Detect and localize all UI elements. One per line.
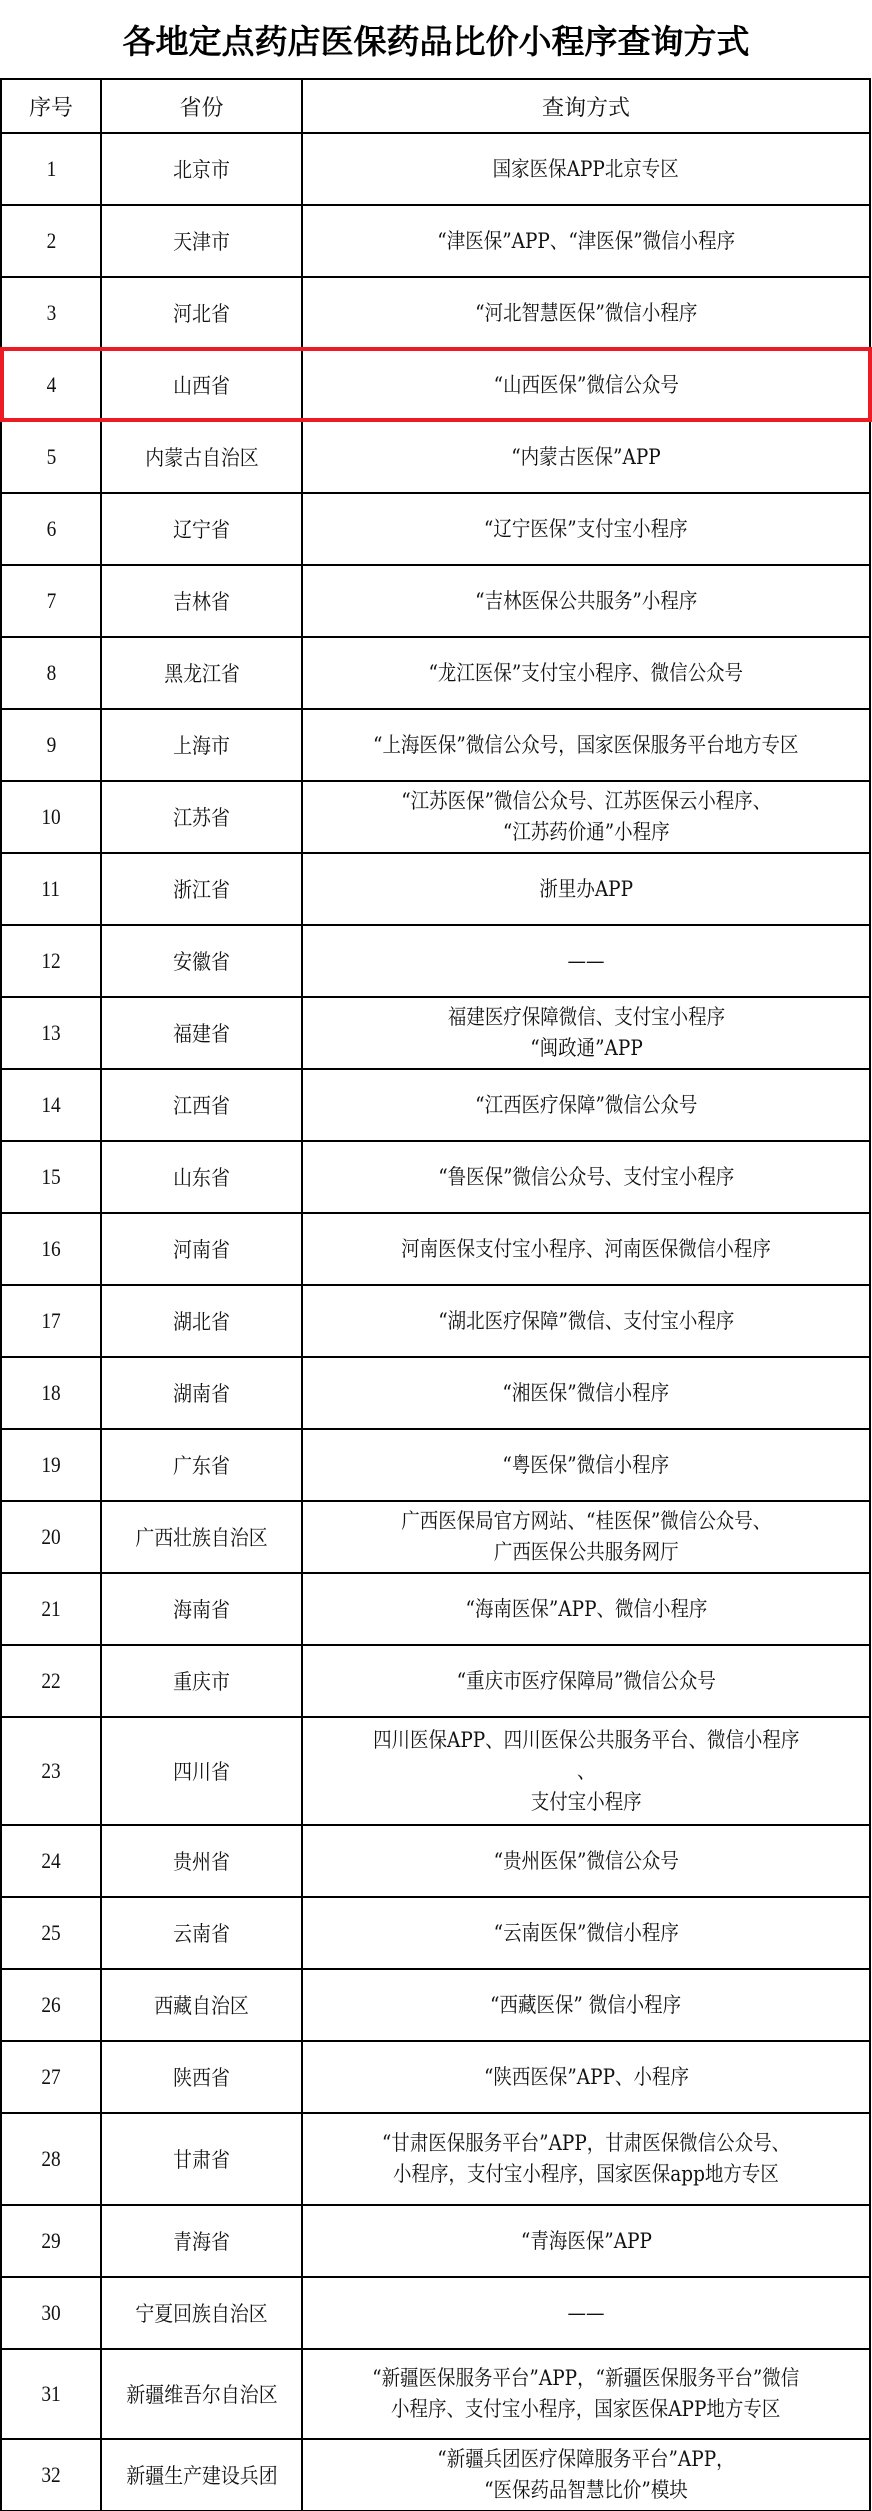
row-index-cell: 22 [2,1646,102,1716]
row-province-cell: 福建省 [102,998,303,1068]
table-row: 25 云南省 “云南医保”微信小程序 [2,1898,871,1970]
row-method: 广西医保局官方网站、“桂医保”微信公众号、 广西医保公共服务网厅 [401,1506,771,1568]
row-method-cell: “鲁医保”微信公众号、支付宝小程序 [303,1142,871,1212]
row-province-cell: 浙江省 [102,854,303,924]
row-province: 福建省 [173,1018,230,1048]
row-index: 23 [41,1758,60,1784]
row-province: 浙江省 [173,874,230,904]
row-method-cell: “新疆兵团医疗保障服务平台”APP， “医保药品智慧比价”模块 [303,2440,871,2510]
row-province: 宁夏回族自治区 [135,2298,267,2328]
row-index-cell: 1 [2,134,102,204]
row-index: 18 [41,1380,60,1406]
row-province-cell: 山东省 [102,1142,303,1212]
row-method: 四川医保APP、四川医保公共服务平台、微信小程序 、 支付宝小程序 [373,1725,799,1818]
row-index-cell: 20 [2,1502,102,1572]
row-province: 山东省 [173,1162,230,1192]
row-index-cell: 18 [2,1358,102,1428]
row-province: 内蒙古自治区 [145,442,258,472]
row-province-cell: 北京市 [102,134,303,204]
table-row: 1 北京市 国家医保APP北京专区 [2,134,871,206]
row-index: 7 [46,588,56,614]
row-province: 新疆生产建设兵团 [126,2460,277,2490]
row-index: 31 [41,2381,60,2407]
table-row: 10 江苏省 “江苏医保”微信公众号、江苏医保云小程序、 “江苏药价通”小程序 [2,782,871,854]
row-index-cell: 11 [2,854,102,924]
table-row: 15 山东省 “鲁医保”微信公众号、支付宝小程序 [2,1142,871,1214]
row-method: —— [568,2298,605,2329]
row-index-cell: 3 [2,278,102,348]
row-index: 11 [42,876,61,902]
row-province: 北京市 [173,154,230,184]
row-index-cell: 7 [2,566,102,636]
row-index-cell: 25 [2,1898,102,1968]
row-index: 28 [41,2146,60,2172]
row-method-cell: “辽宁医保”支付宝小程序 [303,494,871,564]
table-row: 6 辽宁省 “辽宁医保”支付宝小程序 [2,494,871,566]
row-method: “西藏医保” 微信小程序 [490,1990,681,2021]
row-index-cell: 29 [2,2206,102,2276]
row-province-cell: 黑龙江省 [102,638,303,708]
row-province: 辽宁省 [173,514,230,544]
row-index: 27 [41,2064,60,2090]
row-method: “陕西医保”APP、小程序 [484,2062,689,2093]
table-row: 20 广西壮族自治区 广西医保局官方网站、“桂医保”微信公众号、 广西医保公共服… [2,1502,871,1574]
row-province: 黑龙江省 [164,658,240,688]
row-province-cell: 云南省 [102,1898,303,1968]
table-header-row: 序号 省份 查询方式 [2,80,871,134]
table-row: 17 湖北省 “湖北医疗保障”微信、支付宝小程序 [2,1286,871,1358]
row-index-cell: 8 [2,638,102,708]
row-method-cell: “粤医保”微信小程序 [303,1430,871,1500]
row-method-cell: —— [303,2278,871,2348]
row-method: “甘肃医保服务平台”APP，甘肃医保微信公众号、 小程序，支付宝小程序，国家医保… [382,2128,790,2190]
row-method-cell: 四川医保APP、四川医保公共服务平台、微信小程序 、 支付宝小程序 [303,1718,871,1824]
row-province: 贵州省 [173,1846,230,1876]
row-index-cell: 5 [2,422,102,492]
row-index: 19 [41,1452,60,1478]
row-method: 国家医保APP北京专区 [493,154,679,185]
row-method-cell: “陕西医保”APP、小程序 [303,2042,871,2112]
row-method: 福建医疗保障微信、支付宝小程序 “闽政通”APP [447,1002,724,1064]
row-method: “内蒙古医保”APP [511,442,661,473]
row-province-cell: 天津市 [102,206,303,276]
row-province-cell: 广西壮族自治区 [102,1502,303,1572]
row-index-cell: 19 [2,1430,102,1500]
row-province: 西藏自治区 [154,1990,249,2020]
row-method: 浙里办APP [539,874,633,905]
row-province: 河南省 [173,1234,230,1264]
row-method: “山西医保”微信公众号 [493,370,678,401]
row-index: 13 [41,1020,60,1046]
row-method: “江西医疗保障”微信公众号 [475,1090,697,1121]
row-method-cell: “西藏医保” 微信小程序 [303,1970,871,2040]
table-row: 16 河南省 河南医保支付宝小程序、河南医保微信小程序 [2,1214,871,1286]
row-method-cell: “山西医保”微信公众号 [303,350,871,420]
row-index-cell: 27 [2,2042,102,2112]
row-province-cell: 新疆维吾尔自治区 [102,2350,303,2438]
row-index-cell: 6 [2,494,102,564]
row-province-cell: 西藏自治区 [102,1970,303,2040]
row-index: 20 [41,1524,60,1550]
row-method: “上海医保”微信公众号，国家医保服务平台地方专区 [373,730,798,761]
pharmacy-query-table: 序号 省份 查询方式 1 北京市 国家医保APP北京专区 2 天津市 “津医保”… [0,78,871,2511]
row-index: 17 [41,1308,60,1334]
row-method: “粤医保”微信小程序 [503,1450,670,1481]
row-province-cell: 青海省 [102,2206,303,2276]
row-method: “云南医保”微信小程序 [493,1918,678,1949]
row-province-cell: 河北省 [102,278,303,348]
row-method: “海南医保”APP、微信小程序 [465,1594,707,1625]
row-method-cell: —— [303,926,871,996]
row-method: “湖北医疗保障”微信、支付宝小程序 [438,1306,734,1337]
row-province: 湖北省 [173,1306,230,1336]
table-row: 30 宁夏回族自治区 —— [2,2278,871,2350]
row-province: 重庆市 [173,1666,230,1696]
row-index: 2 [46,228,56,254]
table-row: 29 青海省 “青海医保”APP [2,2206,871,2278]
table-row: 28 甘肃省 “甘肃医保服务平台”APP，甘肃医保微信公众号、 小程序，支付宝小… [2,2114,871,2206]
header-province: 省份 [102,80,303,132]
row-method-cell: “津医保”APP、“津医保”微信小程序 [303,206,871,276]
row-method-cell: 河南医保支付宝小程序、河南医保微信小程序 [303,1214,871,1284]
row-index-cell: 31 [2,2350,102,2438]
row-province: 云南省 [173,1918,230,1948]
row-index-cell: 10 [2,782,102,852]
table-row: 22 重庆市 “重庆市医疗保障局”微信公众号 [2,1646,871,1718]
row-province-cell: 湖南省 [102,1358,303,1428]
row-index: 9 [46,732,56,758]
row-method-cell: “上海医保”微信公众号，国家医保服务平台地方专区 [303,710,871,780]
row-province-cell: 四川省 [102,1718,303,1824]
header-method: 查询方式 [303,80,871,132]
row-index: 1 [46,156,56,182]
row-province-cell: 重庆市 [102,1646,303,1716]
row-method-cell: “湘医保”微信小程序 [303,1358,871,1428]
header-index: 序号 [2,80,102,132]
row-province-cell: 湖北省 [102,1286,303,1356]
table-row: 12 安徽省 —— [2,926,871,998]
table-row: 4 山西省 “山西医保”微信公众号 [2,350,871,422]
row-province: 湖南省 [173,1378,230,1408]
row-method: “河北智慧医保”微信小程序 [475,298,697,329]
row-province-cell: 山西省 [102,350,303,420]
row-index: 26 [41,1992,60,2018]
row-index: 6 [46,516,56,542]
row-index: 32 [41,2462,60,2488]
row-province-cell: 上海市 [102,710,303,780]
row-province-cell: 江西省 [102,1070,303,1140]
row-index-cell: 16 [2,1214,102,1284]
row-method: “江苏医保”微信公众号、江苏医保云小程序、 “江苏药价通”小程序 [401,786,771,848]
row-index-cell: 12 [2,926,102,996]
row-index: 8 [46,660,56,686]
row-index-cell: 32 [2,2440,102,2510]
row-index: 3 [46,300,56,326]
row-index-cell: 24 [2,1826,102,1896]
row-index: 5 [46,444,56,470]
table-row: 27 陕西省 “陕西医保”APP、小程序 [2,2042,871,2114]
row-index: 25 [41,1920,60,1946]
row-province: 江西省 [173,1090,230,1120]
row-method: “新疆兵团医疗保障服务平台”APP， “医保药品智慧比价”模块 [437,2444,734,2506]
row-method-cell: “贵州医保”微信公众号 [303,1826,871,1896]
row-method-cell: 福建医疗保障微信、支付宝小程序 “闽政通”APP [303,998,871,1068]
row-index-cell: 14 [2,1070,102,1140]
row-province-cell: 广东省 [102,1430,303,1500]
row-province: 新疆维吾尔自治区 [126,2379,277,2409]
table-row: 19 广东省 “粤医保”微信小程序 [2,1430,871,1502]
row-index: 30 [41,2300,60,2326]
row-province: 山西省 [173,370,230,400]
row-method: “辽宁医保”支付宝小程序 [484,514,688,545]
row-method: “湘医保”微信小程序 [503,1378,670,1409]
row-index: 29 [41,2228,60,2254]
row-province: 陕西省 [173,2062,230,2092]
row-province-cell: 新疆生产建设兵团 [102,2440,303,2510]
table-row: 3 河北省 “河北智慧医保”微信小程序 [2,278,871,350]
row-province: 安徽省 [173,946,230,976]
row-index-cell: 17 [2,1286,102,1356]
row-province: 广东省 [173,1450,230,1480]
row-method-cell: “龙江医保”支付宝小程序、微信公众号 [303,638,871,708]
row-method: “新疆医保服务平台”APP，“新疆医保服务平台”微信 小程序、支付宝小程序，国家… [372,2363,799,2425]
table-row: 9 上海市 “上海医保”微信公众号，国家医保服务平台地方专区 [2,710,871,782]
row-province: 甘肃省 [173,2144,230,2174]
row-index: 22 [41,1668,60,1694]
row-province-cell: 海南省 [102,1574,303,1644]
row-method-cell: “重庆市医疗保障局”微信公众号 [303,1646,871,1716]
row-method-cell: “新疆医保服务平台”APP，“新疆医保服务平台”微信 小程序、支付宝小程序，国家… [303,2350,871,2438]
table-row: 2 天津市 “津医保”APP、“津医保”微信小程序 [2,206,871,278]
row-index-cell: 9 [2,710,102,780]
row-index-cell: 4 [2,350,102,420]
row-index-cell: 21 [2,1574,102,1644]
row-province-cell: 内蒙古自治区 [102,422,303,492]
row-method: “重庆市医疗保障局”微信公众号 [456,1666,715,1697]
table-row: 32 新疆生产建设兵团 “新疆兵团医疗保障服务平台”APP， “医保药品智慧比价… [2,2440,871,2511]
row-province-cell: 贵州省 [102,1826,303,1896]
row-province: 天津市 [173,226,230,256]
row-index-cell: 15 [2,1142,102,1212]
row-index: 14 [41,1092,60,1118]
row-method-cell: “甘肃医保服务平台”APP，甘肃医保微信公众号、 小程序，支付宝小程序，国家医保… [303,2114,871,2204]
row-method: “鲁医保”微信公众号、支付宝小程序 [438,1162,734,1193]
table-row: 14 江西省 “江西医疗保障”微信公众号 [2,1070,871,1142]
table-body: 1 北京市 国家医保APP北京专区 2 天津市 “津医保”APP、“津医保”微信… [2,134,871,2511]
row-province-cell: 陕西省 [102,2042,303,2112]
row-index: 21 [41,1596,60,1622]
row-province: 青海省 [173,2226,230,2256]
row-index-cell: 13 [2,998,102,1068]
table-row: 5 内蒙古自治区 “内蒙古医保”APP [2,422,871,494]
row-province-cell: 宁夏回族自治区 [102,2278,303,2348]
table-row: 7 吉林省 “吉林医保公共服务”小程序 [2,566,871,638]
row-method-cell: 浙里办APP [303,854,871,924]
table-row: 11 浙江省 浙里办APP [2,854,871,926]
row-index: 15 [41,1164,60,1190]
table-row: 26 西藏自治区 “西藏医保” 微信小程序 [2,1970,871,2042]
row-province: 河北省 [173,298,230,328]
row-method-cell: “湖北医疗保障”微信、支付宝小程序 [303,1286,871,1356]
row-province-cell: 甘肃省 [102,2114,303,2204]
row-index: 4 [46,372,56,398]
row-province: 江苏省 [173,802,230,832]
row-method-cell: “江苏医保”微信公众号、江苏医保云小程序、 “江苏药价通”小程序 [303,782,871,852]
row-index: 16 [41,1236,60,1262]
row-index-cell: 23 [2,1718,102,1824]
row-method-cell: “青海医保”APP [303,2206,871,2276]
table-row: 24 贵州省 “贵州医保”微信公众号 [2,1826,871,1898]
row-province-cell: 辽宁省 [102,494,303,564]
row-province-cell: 河南省 [102,1214,303,1284]
row-index: 12 [41,948,60,974]
row-method: “津医保”APP、“津医保”微信小程序 [437,226,735,257]
row-province: 吉林省 [173,586,230,616]
row-index-cell: 26 [2,1970,102,2040]
row-index: 24 [41,1848,60,1874]
row-province-cell: 吉林省 [102,566,303,636]
row-index-cell: 28 [2,2114,102,2204]
row-province: 上海市 [173,730,230,760]
row-method: 河南医保支付宝小程序、河南医保微信小程序 [401,1234,771,1265]
row-province: 四川省 [173,1756,230,1786]
table-row: 18 湖南省 “湘医保”微信小程序 [2,1358,871,1430]
row-method-cell: 国家医保APP北京专区 [303,134,871,204]
row-method-cell: “海南医保”APP、微信小程序 [303,1574,871,1644]
row-method-cell: “江西医疗保障”微信公众号 [303,1070,871,1140]
row-province: 广西壮族自治区 [135,1522,267,1552]
row-method-cell: “河北智慧医保”微信小程序 [303,278,871,348]
row-method: “青海医保”APP [520,2226,651,2257]
row-method: “龙江医保”支付宝小程序、微信公众号 [429,658,744,689]
row-index: 10 [41,804,60,830]
row-province: 海南省 [173,1594,230,1624]
table-row: 23 四川省 四川医保APP、四川医保公共服务平台、微信小程序 、 支付宝小程序 [2,1718,871,1826]
table-row: 31 新疆维吾尔自治区 “新疆医保服务平台”APP，“新疆医保服务平台”微信 小… [2,2350,871,2440]
row-province-cell: 江苏省 [102,782,303,852]
row-method: “吉林医保公共服务”小程序 [475,586,697,617]
row-method-cell: 广西医保局官方网站、“桂医保”微信公众号、 广西医保公共服务网厅 [303,1502,871,1572]
table-row: 21 海南省 “海南医保”APP、微信小程序 [2,1574,871,1646]
page-title: 各地定点药店医保药品比价小程序查询方式 [0,0,872,78]
row-index-cell: 2 [2,206,102,276]
row-method-cell: “云南医保”微信小程序 [303,1898,871,1968]
row-index-cell: 30 [2,2278,102,2348]
table-row: 13 福建省 福建医疗保障微信、支付宝小程序 “闽政通”APP [2,998,871,1070]
row-province-cell: 安徽省 [102,926,303,996]
row-method: “贵州医保”微信公众号 [493,1846,678,1877]
row-method-cell: “吉林医保公共服务”小程序 [303,566,871,636]
row-method: —— [568,946,605,977]
table-row: 8 黑龙江省 “龙江医保”支付宝小程序、微信公众号 [2,638,871,710]
row-method-cell: “内蒙古医保”APP [303,422,871,492]
